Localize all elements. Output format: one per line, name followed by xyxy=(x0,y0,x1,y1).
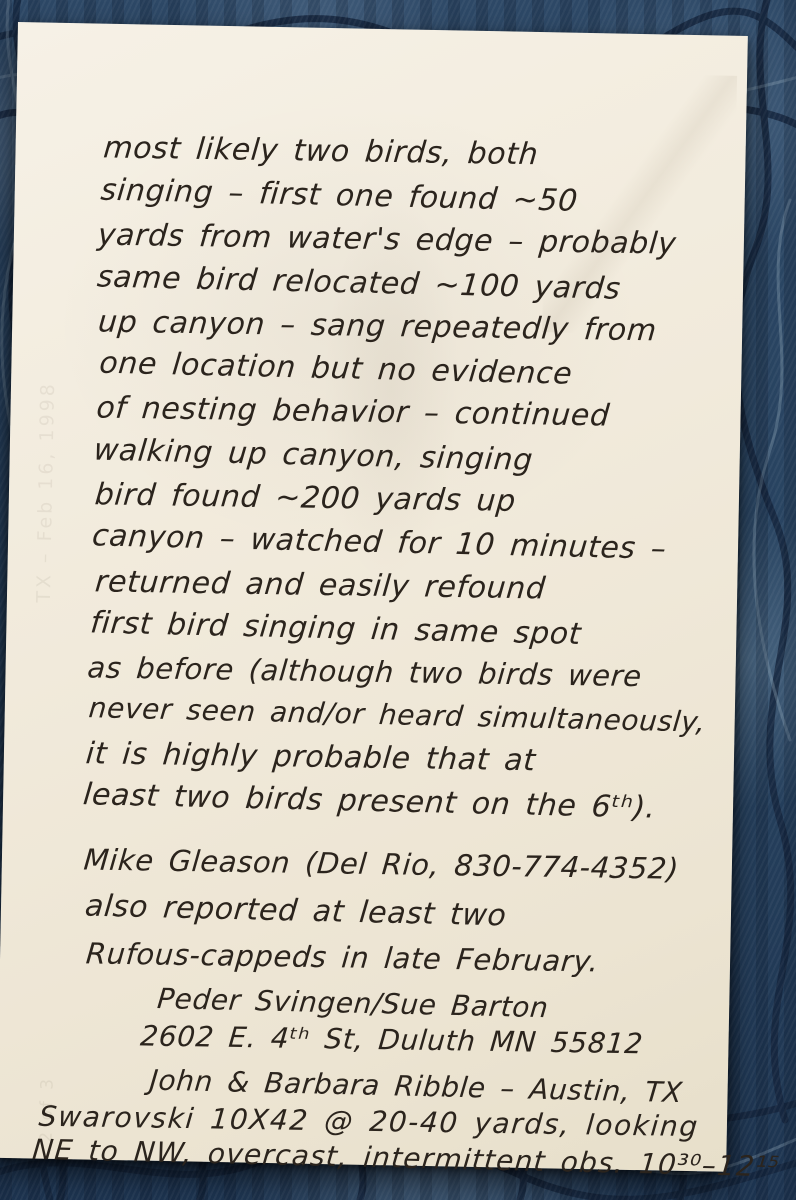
note-line: canyon – watched for 10 minutes – xyxy=(91,518,669,566)
note-line: up canyon – sang repeatedly from xyxy=(97,305,659,349)
handwritten-note-paper: TX – Feb 16, 1998 2 of 3 most likely two… xyxy=(0,22,748,1172)
note-line: first bird singing in same spot xyxy=(89,605,583,652)
note-line: of nesting behavior – continued xyxy=(95,391,611,434)
note-line: Rufous-cappeds in late February. xyxy=(85,936,601,978)
note-line: singing – first one found ~50 xyxy=(99,173,579,219)
note-line: most likely two birds, both xyxy=(102,130,540,172)
note-line: bird found ~200 yards up xyxy=(93,477,517,519)
note-line: same bird relocated ~100 yards xyxy=(96,259,623,306)
note-line-observer-names: Peder Svingen/Sue Barton xyxy=(156,982,550,1024)
note-line: walking up canyon, singing xyxy=(92,433,534,478)
note-line: as before (although two birds were xyxy=(86,650,643,693)
note-line: least two birds present on the 6ᵗʰ). xyxy=(82,777,658,825)
handwritten-text-block: most likely two birds, both singing – fi… xyxy=(0,22,748,1172)
note-line: also reported at least two xyxy=(83,889,508,934)
note-line-address: 2602 E. 4ᵗʰ St, Duluth MN 55812 xyxy=(139,1019,644,1060)
note-line: it is highly probable that at xyxy=(84,736,537,778)
note-line: returned and easily refound xyxy=(94,564,547,606)
note-line: never seen and/or heard simultaneously, xyxy=(87,691,707,738)
note-line-contact: Mike Gleason (Del Rio, 830-774-4352) xyxy=(82,842,680,885)
note-line: yards from water's edge – probably xyxy=(96,218,677,262)
note-line: one location but no evidence xyxy=(98,346,574,392)
